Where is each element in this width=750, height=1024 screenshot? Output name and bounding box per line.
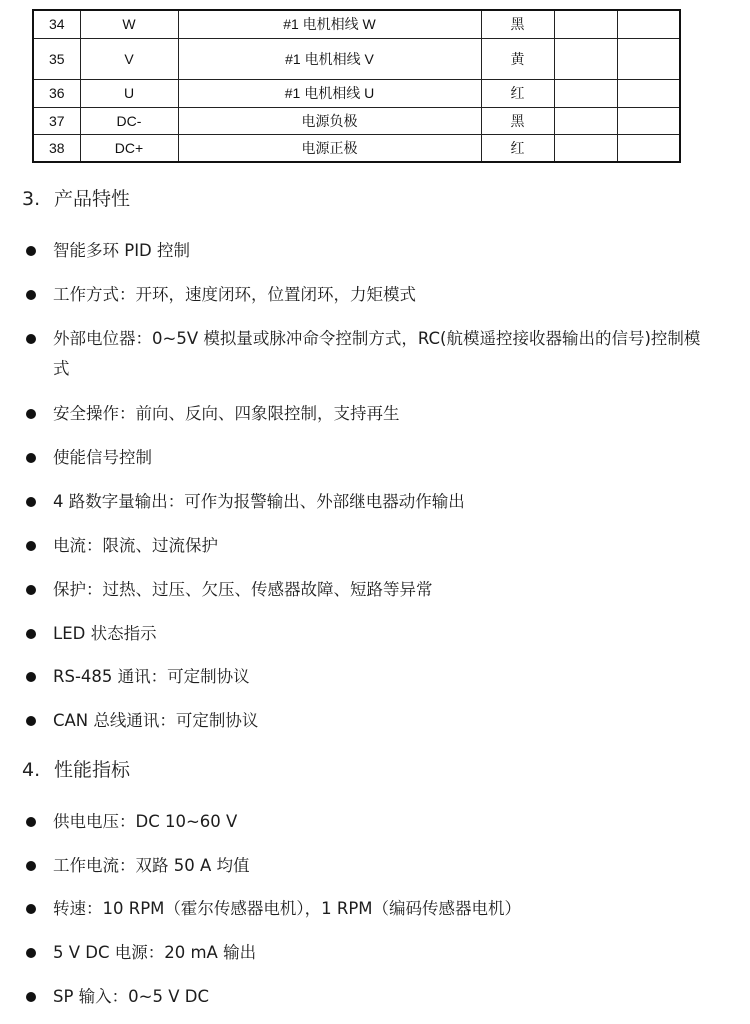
table-row: 37 DC- 电源负极 黑 <box>33 107 680 134</box>
pin-description: 电源正极 <box>178 134 481 162</box>
bullet-icon <box>26 585 36 595</box>
empty-cell <box>554 38 617 79</box>
pin-number: 37 <box>33 107 80 134</box>
pin-number: 36 <box>33 79 80 107</box>
table-row: 35 V #1 电机相线 V 黄 <box>33 38 680 79</box>
empty-cell <box>554 79 617 107</box>
bullet-icon <box>26 453 36 463</box>
pin-number: 38 <box>33 134 80 162</box>
pin-description: #1 电机相线 V <box>178 38 481 79</box>
empty-cell <box>617 107 680 134</box>
section-number: 3. <box>22 188 54 210</box>
bullet-icon <box>26 672 36 682</box>
empty-cell <box>554 134 617 162</box>
table-row: 34 W #1 电机相线 W 黑 <box>33 10 680 38</box>
section-title: 产品特性 <box>54 188 130 210</box>
bullet-icon <box>26 716 36 726</box>
bullet-icon <box>26 904 36 914</box>
empty-cell <box>617 134 680 162</box>
wire-color: 黑 <box>481 107 554 134</box>
section-number: 4. <box>22 759 54 781</box>
wire-color: 红 <box>481 79 554 107</box>
pin-description: #1 电机相线 W <box>178 10 481 38</box>
empty-cell <box>617 38 680 79</box>
table-row: 36 U #1 电机相线 U 红 <box>33 79 680 107</box>
pin-table: 34 W #1 电机相线 W 黑 35 V #1 电机相线 V 黄 36 U #… <box>32 9 681 163</box>
bullet-icon <box>26 334 36 344</box>
wire-color: 黑 <box>481 10 554 38</box>
section-title: 性能指标 <box>54 759 130 781</box>
table-row: 38 DC+ 电源正极 红 <box>33 134 680 162</box>
signal-name: DC- <box>80 107 178 134</box>
bullet-icon <box>26 409 36 419</box>
section-heading-product-features: 3.产品特性 <box>22 184 130 211</box>
signal-name: W <box>80 10 178 38</box>
section-heading-performance: 4.性能指标 <box>22 755 130 782</box>
wire-color: 红 <box>481 134 554 162</box>
wire-color: 黄 <box>481 38 554 79</box>
signal-name: DC+ <box>80 134 178 162</box>
bullet-icon <box>26 497 36 507</box>
empty-cell <box>554 10 617 38</box>
pin-description: #1 电机相线 U <box>178 79 481 107</box>
bullet-icon <box>26 992 36 1002</box>
bullet-icon <box>26 817 36 827</box>
empty-cell <box>554 107 617 134</box>
signal-name: U <box>80 79 178 107</box>
bullet-icon <box>26 861 36 871</box>
empty-cell <box>617 10 680 38</box>
bullet-icon <box>26 629 36 639</box>
bullet-icon <box>26 290 36 300</box>
pin-number: 35 <box>33 38 80 79</box>
pin-description: 电源负极 <box>178 107 481 134</box>
pin-number: 34 <box>33 10 80 38</box>
empty-cell <box>617 79 680 107</box>
bullet-icon <box>26 948 36 958</box>
signal-name: V <box>80 38 178 79</box>
bullet-icon <box>26 541 36 551</box>
bullet-icon <box>26 246 36 256</box>
